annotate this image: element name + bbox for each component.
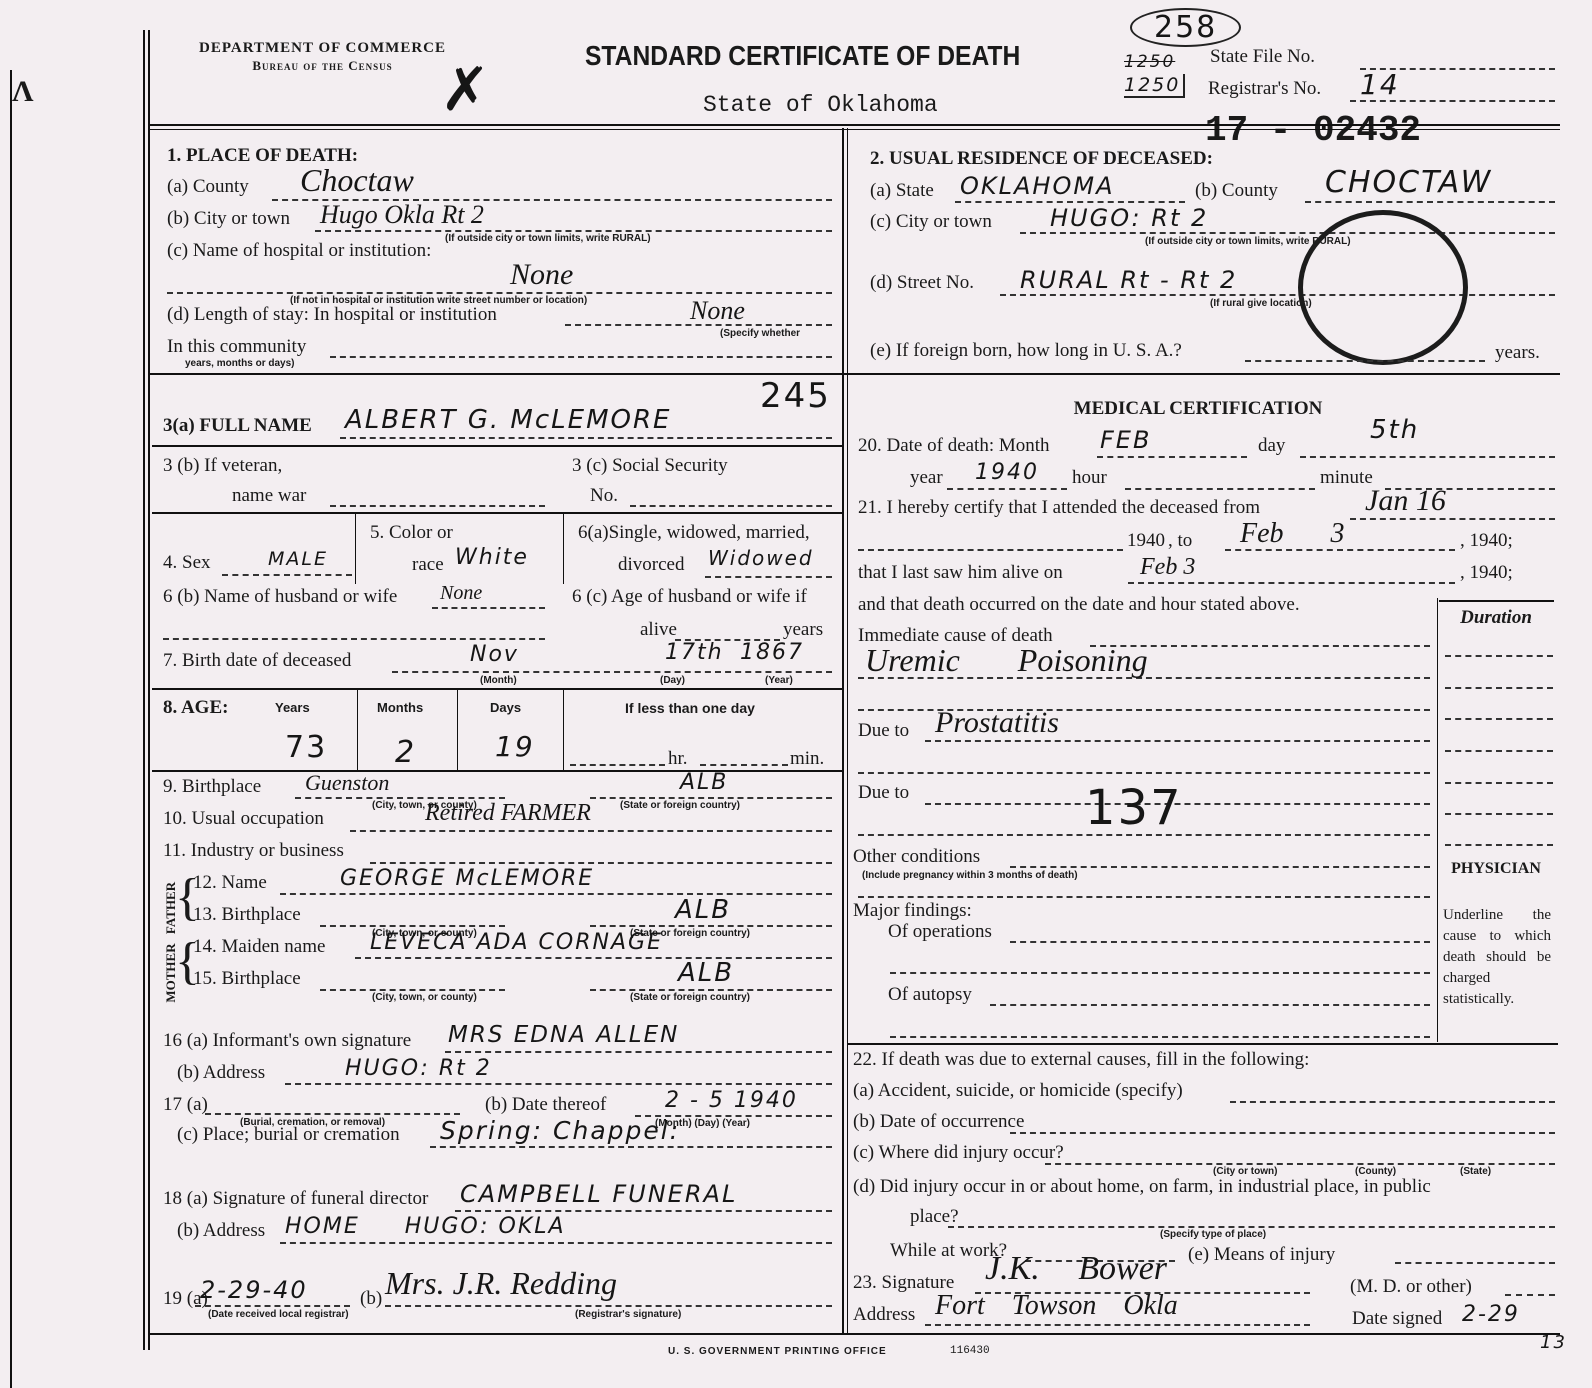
age-min-label: min. bbox=[790, 748, 824, 770]
external-b-field[interactable] bbox=[1010, 1132, 1555, 1134]
res-city-label: (c) City or town bbox=[870, 211, 992, 233]
death-hour-label: hour bbox=[1072, 467, 1107, 489]
death-month-value: FEB bbox=[1100, 426, 1151, 454]
age-years-label: Years bbox=[275, 700, 310, 715]
birth-year-note: (Year) bbox=[765, 675, 793, 686]
mother-maiden-label: 14. Maiden name bbox=[193, 936, 325, 958]
age-divider-2 bbox=[457, 690, 458, 770]
death-hour-field[interactable] bbox=[1125, 488, 1315, 490]
printer-label: U. S. GOVERNMENT PRINTING OFFICE bbox=[668, 1346, 887, 1357]
date-signed-label: Date signed bbox=[1352, 1308, 1442, 1330]
full-name-field[interactable] bbox=[340, 437, 832, 439]
autopsy-label: Of autopsy bbox=[888, 984, 972, 1006]
attended-from-field[interactable] bbox=[1350, 518, 1555, 520]
spouse-label: 6 (b) Name of husband or wife bbox=[163, 586, 397, 608]
mother-maiden-field[interactable] bbox=[355, 957, 832, 959]
spouse-field[interactable] bbox=[432, 607, 545, 609]
birthplace-label: 9. Birthplace bbox=[163, 776, 261, 798]
duration-field-6[interactable] bbox=[1445, 813, 1553, 815]
stay-note: (Specify whether bbox=[720, 328, 800, 339]
column-divider-2 bbox=[847, 128, 848, 1333]
last-saw-field[interactable] bbox=[1128, 582, 1455, 584]
death-day-field[interactable] bbox=[1300, 456, 1555, 458]
birth-year-value: 1867 bbox=[740, 640, 804, 665]
age-hr-field[interactable] bbox=[570, 764, 665, 766]
death-month-field[interactable] bbox=[1097, 456, 1247, 458]
marital-field[interactable] bbox=[705, 576, 832, 578]
duration-column-divider bbox=[1437, 598, 1438, 1042]
mother-maiden-value: LEVECA ADA CORNAGE bbox=[370, 930, 663, 955]
death-city-value: Hugo Okla Rt 2 bbox=[320, 200, 484, 230]
occupation-field[interactable] bbox=[350, 830, 832, 832]
duration-field-2[interactable] bbox=[1445, 687, 1553, 689]
attended-to-year: , 1940; bbox=[1460, 530, 1513, 552]
md-label: (M. D. or other) bbox=[1350, 1276, 1472, 1298]
sex-race-divider bbox=[355, 514, 356, 584]
birth-date-field[interactable] bbox=[392, 671, 832, 673]
last-saw-label: that I last saw him alive on bbox=[858, 562, 1063, 584]
registrar-sig-label: (b) bbox=[360, 1288, 382, 1310]
mother-birthplace-value: ALB bbox=[678, 958, 734, 988]
community-label: In this community bbox=[167, 336, 306, 358]
full-name-label: 3(a) FULL NAME bbox=[163, 415, 312, 437]
medical-heading: MEDICAL CERTIFICATION bbox=[848, 398, 1548, 420]
frame-left-inner bbox=[148, 30, 150, 1350]
res-state-field[interactable] bbox=[955, 201, 1185, 203]
other-conditions-note: (Include pregnancy within 3 months of de… bbox=[862, 870, 1078, 881]
due-to-2-field-2[interactable] bbox=[858, 834, 1430, 836]
due-to-1-field-2[interactable] bbox=[858, 772, 1430, 774]
burial-date-value: 2 - 5 1940 bbox=[665, 1088, 798, 1113]
reference-number: 245 bbox=[760, 376, 831, 416]
ssn-field[interactable] bbox=[630, 505, 832, 507]
father-birthplace-state-field[interactable] bbox=[590, 925, 832, 927]
community-field[interactable] bbox=[330, 356, 832, 358]
funeral-director-label: 18 (a) Signature of funeral director bbox=[163, 1188, 428, 1210]
attended-from-cont-field[interactable] bbox=[858, 549, 1123, 551]
death-month-label: 20. Date of death: Month bbox=[858, 435, 1050, 457]
due-to-1-value: Prostatitis bbox=[935, 706, 1059, 740]
due-to-2-value: 137 bbox=[1085, 780, 1183, 836]
funeral-address-field[interactable] bbox=[280, 1242, 832, 1244]
left-margin-line bbox=[10, 70, 12, 1388]
burial-place-field[interactable] bbox=[430, 1146, 832, 1148]
mother-birthplace-state-field[interactable] bbox=[590, 989, 832, 991]
veteran-rule bbox=[152, 512, 842, 514]
res-state-label: (a) State bbox=[870, 180, 934, 202]
informant-label: 16 (a) Informant's own signature bbox=[163, 1030, 411, 1052]
funeral-director-value: CAMPBELL FUNERAL bbox=[460, 1180, 737, 1208]
autopsy-field[interactable] bbox=[990, 1004, 1430, 1006]
means-field[interactable] bbox=[1395, 1262, 1555, 1264]
war-label: name war bbox=[232, 485, 306, 507]
age-months-value: 2 bbox=[395, 735, 416, 770]
stay-label: (d) Length of stay: In hospital or insti… bbox=[167, 304, 497, 326]
full-name-value: ALBERT G. McLEMORE bbox=[345, 405, 671, 435]
physician-address-label: Address bbox=[853, 1304, 915, 1326]
due-to-2-label: Due to bbox=[858, 782, 909, 804]
duration-field-3[interactable] bbox=[1445, 718, 1553, 720]
foreign-born-label: (e) If foreign born, how long in U. S. A… bbox=[870, 340, 1182, 362]
res-street-note: (If rural give location) bbox=[1210, 298, 1312, 309]
spouse-age-label-1: 6 (c) Age of husband or wife if bbox=[572, 586, 807, 608]
sex-label: 4. Sex bbox=[163, 552, 211, 574]
certificate-title: STANDARD CERTIFICATE OF DEATH bbox=[585, 40, 1020, 72]
external-c-note-state: (State) bbox=[1460, 1166, 1491, 1177]
physician-note: Underline the cause to which death shoul… bbox=[1443, 905, 1551, 1010]
external-d-note: (Specify type of place) bbox=[1160, 1229, 1266, 1240]
death-city-field[interactable] bbox=[315, 230, 832, 232]
hospital-value: None bbox=[510, 258, 573, 292]
funeral-director-field[interactable] bbox=[455, 1210, 832, 1212]
res-city-field[interactable] bbox=[1020, 232, 1555, 234]
external-a-label: (a) Accident, suicide, or homicide (spec… bbox=[853, 1080, 1183, 1102]
duration-field-5[interactable] bbox=[1445, 782, 1553, 784]
residence-heading: 2. USUAL RESIDENCE OF DECEASED: bbox=[870, 148, 1213, 170]
immediate-cause-value: Uremic Poisoning bbox=[865, 642, 1148, 679]
res-city-value: HUGO: Rt 2 bbox=[1050, 204, 1208, 232]
death-city-note: (If outside city or town limits, write R… bbox=[445, 233, 651, 244]
age-months-label: Months bbox=[377, 700, 423, 715]
other-conditions-field-2[interactable] bbox=[858, 896, 1430, 898]
res-county-field[interactable] bbox=[1305, 201, 1555, 203]
age-years-value: 73 bbox=[285, 730, 327, 765]
header-rule bbox=[148, 124, 1560, 126]
registrar-sig-note: (Registrar's signature) bbox=[575, 1309, 681, 1320]
column-divider bbox=[842, 128, 844, 1333]
father-name-label: 12. Name bbox=[193, 872, 267, 894]
res-street-field[interactable] bbox=[1000, 294, 1555, 296]
registrar-sig-value: Mrs. J.R. Redding bbox=[385, 1265, 617, 1302]
state-file-label: State File No. bbox=[1210, 46, 1315, 68]
age-hr-label: hr. bbox=[668, 748, 688, 770]
external-c-field[interactable] bbox=[1045, 1163, 1555, 1165]
registrar-date-field[interactable] bbox=[195, 1305, 350, 1307]
father-name-field[interactable] bbox=[280, 893, 832, 895]
last-saw-year: , 1940; bbox=[1460, 562, 1513, 584]
external-d-label: (d) Did injury occur in or about home, o… bbox=[853, 1176, 1431, 1198]
birth-date-label: 7. Birth date of deceased bbox=[163, 650, 351, 672]
res-state-value: OKLAHOMA bbox=[960, 172, 1114, 200]
attended-to-value: Feb 3 bbox=[1240, 518, 1345, 550]
mother-birthplace-state-note: (State or foreign country) bbox=[630, 992, 750, 1003]
marital-label-1: 6(a)Single, widowed, married, bbox=[578, 522, 810, 544]
corner-annotation: 13 bbox=[1540, 1332, 1567, 1353]
header-rule-2 bbox=[148, 129, 1560, 130]
due-to-1-field[interactable] bbox=[925, 740, 1430, 742]
age-days-label: Days bbox=[490, 700, 521, 715]
burial-place-label: (c) Place; burial or cremation bbox=[177, 1124, 400, 1146]
ssn-no-label: No. bbox=[590, 485, 618, 507]
section-rule-1 bbox=[148, 373, 1560, 375]
occupation-value: Retired FARMER bbox=[425, 800, 591, 827]
registrar-sig-field[interactable] bbox=[385, 1305, 832, 1307]
duration-top-rule bbox=[1439, 600, 1554, 602]
corner-mark: Λ bbox=[12, 75, 34, 109]
registrar-no-label: Registrar's No. bbox=[1208, 78, 1321, 100]
duration-field-4[interactable] bbox=[1445, 750, 1553, 752]
external-d-label-2: place? bbox=[910, 1206, 959, 1228]
mother-birthplace-city-note: (City, town, or county) bbox=[372, 992, 477, 1003]
birthplace-state-field[interactable] bbox=[590, 797, 832, 799]
informant-address-label: (b) Address bbox=[177, 1062, 265, 1084]
community-note: years, months or days) bbox=[185, 358, 294, 369]
birthplace-city-value: Guenston bbox=[305, 770, 389, 796]
hospital-field[interactable] bbox=[167, 292, 832, 294]
father-birthplace-label: 13. Birthplace bbox=[193, 904, 301, 926]
age-min-field[interactable] bbox=[700, 764, 788, 766]
spouse-age-label-2: alive bbox=[640, 619, 677, 641]
death-county-label: (a) County bbox=[167, 176, 249, 198]
foreign-born-field[interactable] bbox=[1245, 360, 1485, 362]
sex-value: MALE bbox=[268, 548, 328, 570]
physician-heading: PHYSICIAN bbox=[1440, 860, 1552, 878]
industry-label: 11. Industry or business bbox=[163, 840, 344, 862]
birthplace-state-value: ALB bbox=[680, 770, 728, 795]
date-signed-value: 2-29 bbox=[1462, 1302, 1520, 1327]
burial-date-label: (b) Date thereof bbox=[485, 1094, 606, 1116]
official-seal-stamp bbox=[1298, 210, 1468, 365]
res-street-value: RURAL Rt - Rt 2 bbox=[1020, 266, 1237, 294]
age-less-label: If less than one day bbox=[625, 700, 755, 716]
burial-field[interactable] bbox=[205, 1113, 460, 1115]
registrar-no-value: 14 bbox=[1360, 68, 1400, 101]
industry-field[interactable] bbox=[370, 862, 832, 864]
due-to-1-label: Due to bbox=[858, 720, 909, 742]
marital-value: Widowed bbox=[708, 546, 814, 570]
father-birthplace-value: ALB bbox=[675, 895, 731, 925]
war-field[interactable] bbox=[330, 505, 545, 507]
attended-from-value: Jan 16 bbox=[1365, 484, 1446, 518]
certify-label: 21. I hereby certify that I attended the… bbox=[858, 497, 1260, 519]
death-city-label: (b) City or town bbox=[167, 208, 290, 230]
birthplace-city-field[interactable] bbox=[295, 797, 505, 799]
other-conditions-label: Other conditions bbox=[853, 846, 980, 868]
spouse-age-suffix: years bbox=[783, 619, 823, 641]
spouse-value: None bbox=[440, 582, 482, 605]
physician-address-field[interactable] bbox=[925, 1324, 1310, 1326]
medical-bottom-rule bbox=[848, 1043, 1558, 1045]
funeral-address-value: HOME HUGO: OKLA bbox=[285, 1214, 566, 1239]
mother-birthplace-city-field[interactable] bbox=[320, 989, 505, 991]
external-heading: 22. If death was due to external causes,… bbox=[853, 1049, 1309, 1071]
ssn-label: 3 (c) Social Security bbox=[572, 455, 728, 477]
attended-to-label: , to bbox=[1168, 530, 1192, 552]
death-year-value: 1940 bbox=[975, 460, 1039, 485]
duration-label: Duration bbox=[1440, 607, 1552, 629]
physician-signature-value: J.K. Bower bbox=[985, 1250, 1167, 1288]
operations-label: Of operations bbox=[888, 921, 992, 943]
findings-label: Major findings: bbox=[853, 900, 972, 922]
race-label: race bbox=[412, 554, 444, 576]
birth-month-note: (Month) bbox=[480, 675, 517, 686]
operations-field-2[interactable] bbox=[890, 972, 1430, 974]
autopsy-field-2[interactable] bbox=[890, 1036, 1430, 1038]
death-day-value: 5th bbox=[1370, 415, 1419, 445]
birth-month-value: Nov bbox=[470, 642, 519, 667]
circled-annotation: 258 bbox=[1130, 8, 1241, 47]
other-conditions-field[interactable] bbox=[1010, 866, 1430, 868]
duration-field-1[interactable] bbox=[1445, 655, 1553, 657]
occupation-label: 10. Usual occupation bbox=[163, 808, 324, 830]
informant-field[interactable] bbox=[445, 1051, 832, 1053]
state-title: State of Oklahoma bbox=[703, 92, 938, 118]
registrar-date-value: 2-29-40 bbox=[200, 1276, 308, 1304]
bottom-rule bbox=[148, 1333, 1560, 1335]
age-divider-3 bbox=[563, 690, 564, 770]
marital-label-2: divorced bbox=[618, 554, 684, 576]
burial-place-value: Spring: Chappel: bbox=[440, 1116, 680, 1145]
physician-address-value: Fort Towson Okla bbox=[935, 1290, 1178, 1322]
death-day-label: day bbox=[1258, 435, 1285, 457]
age-divider-1 bbox=[357, 690, 358, 770]
burial-label: 17 (a) bbox=[163, 1094, 208, 1116]
operations-field[interactable] bbox=[1010, 941, 1430, 943]
birthplace-state-note: (State or foreign country) bbox=[620, 800, 740, 811]
md-field[interactable] bbox=[1505, 1294, 1555, 1296]
death-year-label: year bbox=[910, 467, 943, 489]
age-rule bbox=[152, 770, 842, 772]
age-days-value: 19 bbox=[495, 730, 535, 763]
external-a-field[interactable] bbox=[1230, 1101, 1555, 1103]
race-value: White bbox=[455, 545, 529, 570]
external-d-field[interactable] bbox=[948, 1226, 1555, 1228]
form-number: 116430 bbox=[950, 1345, 990, 1357]
stamp-number: 17 - 02432 bbox=[1205, 110, 1421, 151]
boxed-annotation-1: 1250 bbox=[1124, 52, 1175, 72]
last-saw-value: Feb 3 bbox=[1140, 554, 1195, 581]
birth-day-note: (Day) bbox=[660, 675, 685, 686]
sex-field[interactable] bbox=[222, 574, 352, 576]
funeral-address-label: (b) Address bbox=[177, 1220, 265, 1242]
hospital-label: (c) Name of hospital or institution: bbox=[167, 240, 431, 262]
duration-field-7[interactable] bbox=[1445, 844, 1553, 846]
death-year-field[interactable] bbox=[947, 488, 1067, 490]
boxed-annotation-2: 1250 bbox=[1124, 74, 1185, 98]
external-c-label: (c) Where did injury occur? bbox=[853, 1142, 1064, 1164]
external-b-label: (b) Date of occurrence bbox=[853, 1111, 1024, 1133]
stay-value: None bbox=[690, 296, 745, 326]
res-county-value: CHOCTAW bbox=[1325, 165, 1492, 200]
color-label: 5. Color or bbox=[370, 522, 453, 544]
birth-day-value: 17th bbox=[665, 640, 724, 665]
res-street-label: (d) Street No. bbox=[870, 272, 974, 294]
spouse-field-2[interactable] bbox=[163, 638, 545, 640]
race-marital-divider bbox=[563, 514, 564, 584]
mother-birthplace-label: 15. Birthplace bbox=[193, 968, 301, 990]
frame-left-outer bbox=[143, 30, 145, 1350]
informant-value: MRS EDNA ALLEN bbox=[448, 1022, 679, 1048]
checkmark-annotation: ✗ bbox=[440, 55, 492, 125]
res-county-label: (b) County bbox=[1195, 180, 1278, 202]
birth-rule bbox=[152, 688, 842, 690]
attended-from-year: 1940 bbox=[1127, 530, 1165, 552]
age-label: 8. AGE: bbox=[163, 697, 228, 719]
death-county-value: Choctaw bbox=[300, 162, 414, 199]
veteran-label: 3 (b) If veteran, bbox=[163, 455, 282, 477]
informant-address-value: HUGO: Rt 2 bbox=[345, 1056, 492, 1081]
informant-address-field[interactable] bbox=[285, 1083, 832, 1085]
foreign-born-suffix: years. bbox=[1495, 342, 1540, 364]
registrar-date-note: (Date received local registrar) bbox=[208, 1309, 349, 1320]
means-label: (e) Means of injury bbox=[1188, 1244, 1335, 1266]
occurred-label: and that death occurred on the date and … bbox=[858, 594, 1300, 616]
father-name-value: GEORGE McLEMORE bbox=[340, 866, 594, 891]
father-birthplace-city-field[interactable] bbox=[320, 925, 505, 927]
name-rule bbox=[152, 445, 842, 447]
